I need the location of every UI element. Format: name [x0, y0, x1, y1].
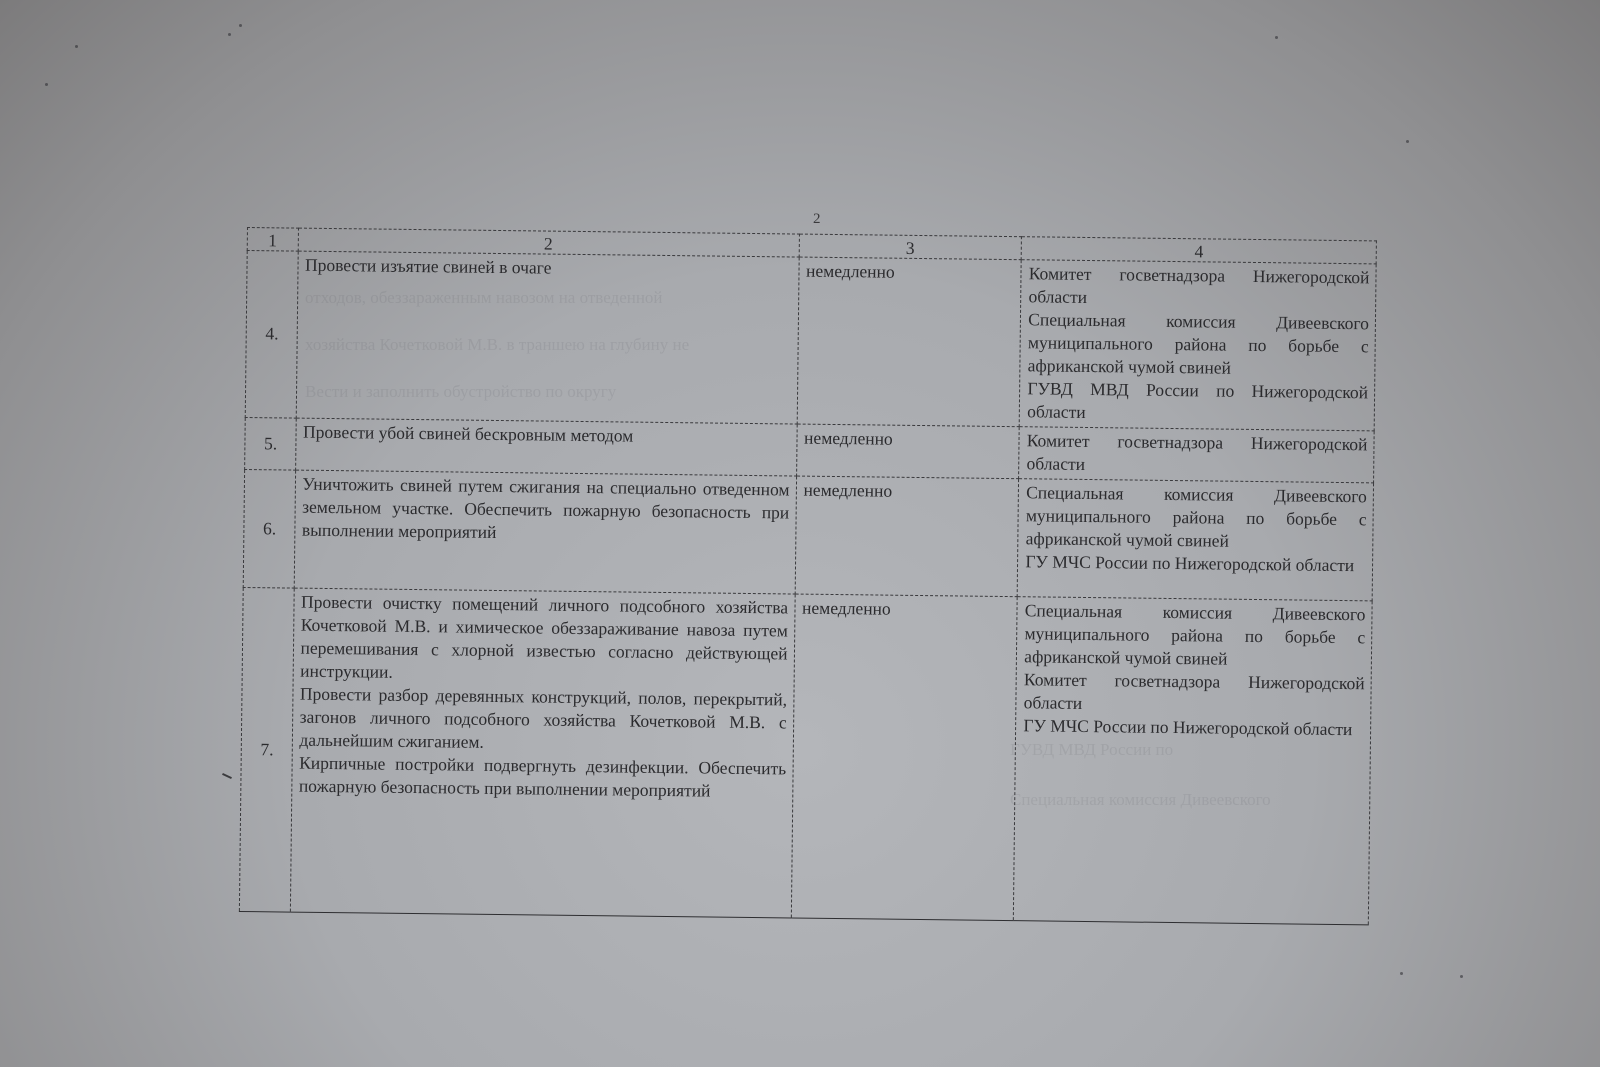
responsible-cell: Специальная комиссия Дивеевского муницип… [1014, 597, 1373, 925]
responsible-org: Специальная комиссия Дивеевского муницип… [1026, 481, 1367, 554]
responsible-cell: Специальная комиссия Дивеевского муницип… [1017, 479, 1373, 601]
header-col-3: 3 [799, 234, 1022, 260]
page-number: 2 [813, 211, 821, 228]
action-text: Кирпичные постройки подвергнуть дезинфек… [299, 752, 787, 804]
action-text: Провести изъятие свиней в очаге [305, 254, 792, 283]
responsible-org: Специальная комиссия Дивеевского муницип… [1024, 599, 1365, 672]
scan-mark [222, 773, 232, 779]
term-cell: немедленно [795, 476, 1019, 597]
dust-speck [1460, 975, 1463, 978]
scanned-page: отходов, обеззараженным навозом на отвед… [0, 0, 1600, 1067]
action-text: Провести очистку помещений личного подсо… [300, 591, 788, 689]
action-text: Уничтожить свиней путем сжигания на спец… [302, 473, 790, 548]
responsible-org: Комитет госветнадзора Нижегородской обла… [1028, 262, 1369, 312]
action-cell: Провести изъятие свиней в очаге [296, 251, 799, 424]
term-cell: немедленно [797, 257, 1022, 427]
dust-speck [1275, 36, 1278, 39]
dust-speck [75, 45, 78, 48]
term-cell: немедленно [796, 424, 1019, 479]
table-row: 4. Провести изъятие свиней в очаге немед… [245, 251, 1376, 431]
dust-speck [45, 83, 48, 86]
row-number: 5. [245, 417, 296, 470]
responsible-org: Комитет госветнадзора Нижегородской обла… [1024, 668, 1365, 718]
row-number: 6. [243, 469, 295, 588]
table-row: 6. Уничтожить свиней путем сжигания на с… [243, 469, 1373, 600]
table-row: 7. Провести очистку помещений личного по… [239, 587, 1372, 924]
action-text: Провести разбор деревянных конструкций, … [299, 683, 787, 758]
responsible-org: ГУ МЧС России по Нижегородской области [1023, 714, 1364, 741]
responsible-org: ГУВД МВД России по Нижегородской области [1027, 377, 1368, 427]
action-cell: Провести очистку помещений личного подсо… [290, 588, 795, 918]
responsible-org: ГУ МЧС России по Нижегородской области [1025, 550, 1366, 577]
term-cell: немедленно [791, 594, 1018, 921]
row-number: 7. [239, 587, 293, 912]
responsible-org: Комитет госветнадзора Нижегородской обла… [1026, 429, 1367, 479]
dust-speck [1406, 140, 1409, 143]
responsible-cell: Комитет госветнадзора Нижегородской обла… [1019, 260, 1376, 431]
dust-speck [239, 24, 242, 27]
responsible-org: Специальная комиссия Дивеевского муницип… [1028, 308, 1369, 381]
dust-speck [1400, 972, 1403, 975]
header-col-1: 1 [247, 228, 298, 252]
measures-table: 1 2 3 4 4. Провести изъятие свиней в оча… [239, 227, 1377, 925]
action-cell: Провести убой свиней бескровным методом [295, 418, 797, 476]
responsible-cell: Комитет госветнадзора Нижегородской обла… [1019, 427, 1374, 483]
dust-speck [228, 33, 231, 36]
action-text: Провести убой свиней бескровным методом [303, 421, 790, 450]
row-number: 4. [245, 251, 297, 419]
action-cell: Уничтожить свиней путем сжигания на спец… [294, 470, 796, 594]
